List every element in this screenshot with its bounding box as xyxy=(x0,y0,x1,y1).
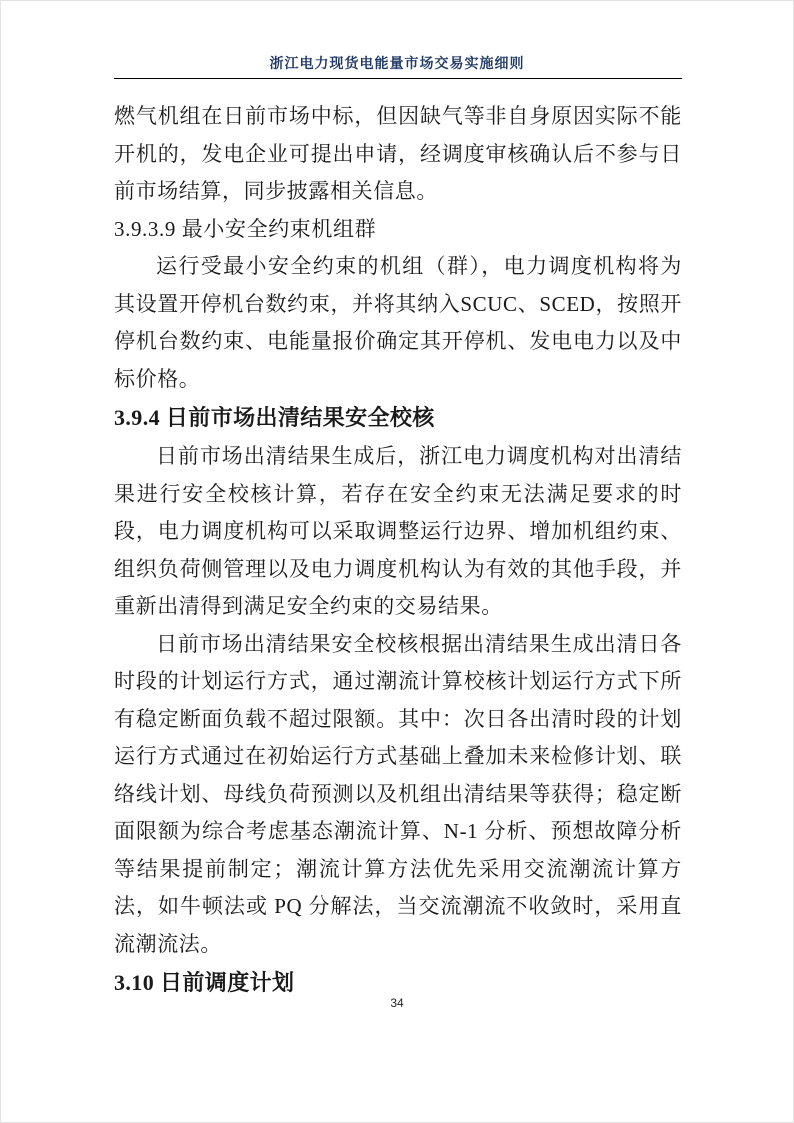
page-number: 34 xyxy=(1,996,793,1010)
body-paragraph: 日前市场出清结果生成后，浙江电力调度机构对出清结果进行安全校核计算，若存在安全约… xyxy=(114,438,682,626)
document-body: 燃气机组在日前市场中标，但因缺气等非自身原因实际不能开机的，发电企业可提出申请，… xyxy=(114,98,682,1003)
section-subheading: 3.9.3.9 最小安全约束机组群 xyxy=(114,211,682,249)
document-page: 浙江电力现货电能量市场交易实施细则 燃气机组在日前市场中标，但因缺气等非自身原因… xyxy=(0,0,794,1123)
body-paragraph: 日前市场出清结果安全校核根据出清结果生成出清日各时段的计划运行方式，通过潮流计算… xyxy=(114,626,682,964)
body-paragraph: 燃气机组在日前市场中标，但因缺气等非自身原因实际不能开机的，发电企业可提出申请，… xyxy=(114,98,682,211)
body-paragraph: 运行受最小安全约束的机组（群），电力调度机构将为其设置开停机台数约束，并将其纳入… xyxy=(114,248,682,398)
section-heading: 3.9.4 日前市场出清结果安全校核 xyxy=(114,398,682,438)
document-header-title: 浙江电力现货电能量市场交易实施细则 xyxy=(1,53,793,73)
header-divider-line xyxy=(114,78,682,79)
